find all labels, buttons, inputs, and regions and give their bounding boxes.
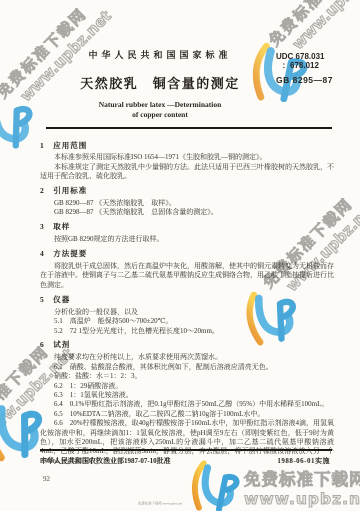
footer-rule [40,449,332,451]
paragraph: 分析化验的一般仪器，以及 [40,308,334,317]
paragraph: 按照GB 8290规定的方法进行取样。 [40,235,334,244]
paragraph: 将胶乳烘干成总固体，然后在高温炉中灰化，用酸溶解，使其中的铜元素转变为无机盐而存… [40,262,334,290]
section-heading: 2 引用标准 [40,186,334,195]
document-body: 1 应用范围 本标准参照采用国际标准ISO 1654—1971《生胶和胶乳—铜的… [40,136,334,466]
section-heading: 5 仪器 [40,295,334,304]
udc-code-line2: ：678.012 [282,61,333,70]
paragraph: 6.4 0.1%甲酚红指示剂溶液，把0.1g甲酚红溶于50mL乙醇（95%）中用… [40,400,334,409]
section-heading: 3 取样 [40,222,334,231]
implementation-date: 1988-06-01实施 [277,456,330,466]
section-references: 2 引用标准 GB 8290—87 《天然浓缩胶乳 取样》。 GB 8298—8… [40,186,334,218]
watermark-site-name: 免费标准下载网 [264,0,360,50]
paragraph: 5.1 高温炉 能保持500～700±20℃。 [40,317,334,326]
paragraph: 纯度要求均在分析纯以上，水质要求使用两次蒸馏水。 [40,353,334,362]
national-standard-label: 中华人民共和国国家标准 [30,48,290,61]
section-heading: 6 试剂 [40,340,334,349]
watermark-site-url: www.upbz.net [289,0,360,53]
paragraph: 5.2 72 1型分光光度计，比色槽光程长度10～20mm。 [40,327,334,336]
section-reagents: 6 试剂 纯度要求均在分析纯以上，水质要求使用两次蒸馏水。 6.1 硝酸、盐酸混… [40,340,334,466]
standard-number: GB 8295—87 [276,76,333,85]
watermark-bottom-right: 免费标准下载网 www.upbz.net [244,466,360,508]
paragraph: 本标准规定了测定天然胶乳中少量铜的方法。此法只适用于巴西三叶橡胶树的天然胶乳，不… [40,163,334,182]
paragraph: 6.1 硝酸、盐酸混合酸液，其体积比例如下，配制后溶液应清亮无色。 [40,363,334,372]
section-heading: 4 方法提要 [40,249,334,258]
paragraph: 硝酸：盐酸：水＝1：2：3。 [40,372,334,381]
watermark-site-url: www.upbz.net [244,490,360,508]
page-title: 天然胶乳 铜含量的测定 [30,73,290,92]
paragraph: 6.2 1：29硝酸溶液。 [40,382,334,391]
document-header: 中华人民共和国国家标准 天然胶乳 铜含量的测定 Natural rubber l… [30,48,290,119]
section-scope: 1 应用范围 本标准参照采用国际标准ISO 1654—1971《生胶和胶乳—铜的… [40,141,334,182]
paragraph: 6.5 10%EDTA二钠溶液，取乙二胺四乙酸二钠10g溶于100mL水中。 [40,410,334,419]
section-apparatus: 5 仪器 分析化验的一般仪器，以及 5.1 高温炉 能保持500～700±20℃… [40,295,334,336]
page-number: 92 [43,475,50,483]
paragraph: 6.3 1：1氢氧化铵溶液。 [40,391,334,400]
scanned-standard-page: 免费标准下载网 www.upbz.net 免费标准下载网 www.upbz.ne… [0,0,360,511]
micro-watermark-text: 免费标准下载网 www.upbz.net [138,501,182,506]
paragraph: 本标准参照采用国际标准ISO 1654—1971《生胶和胶乳—铜的测定》。 [40,153,334,162]
udc-code-line1: UDC 678.031 [276,52,333,61]
section-sampling: 3 取样 按照GB 8290规定的方法进行取样。 [40,222,334,244]
watermark-site-name: 免费标准下载网 [244,466,360,490]
standard-codes: UDC 678.031 ：678.012 GB 8295—87 [276,52,333,85]
section-method-summary: 4 方法提要 将胶乳烘干成总固体，然后在高温炉中灰化，用酸溶解，使其中的铜元素转… [40,249,334,290]
paragraph: GB 8298—87 《天然浓缩胶乳 总固体含量的测定》。 [40,208,334,217]
section-heading: 1 应用范围 [40,141,334,150]
english-title-line1: Natural rubber latex —Determination [30,100,290,110]
header-rule [46,127,332,129]
approval-note: 中华人民共和国农牧渔业部1987-07-10批准 [40,456,171,466]
english-title-line2: of copper content [30,110,290,120]
